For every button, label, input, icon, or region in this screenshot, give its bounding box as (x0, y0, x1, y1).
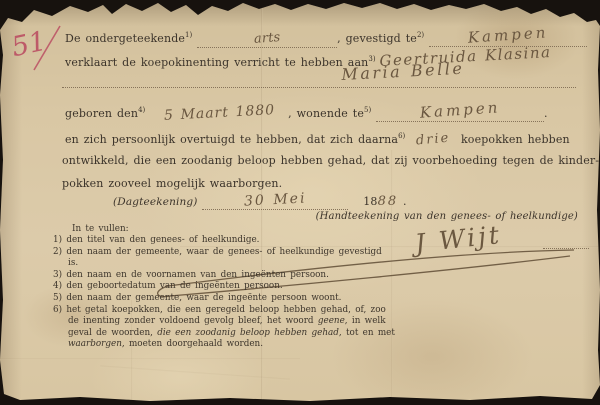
printed-text: verklaart de koepokinenting verricht te … (65, 56, 368, 69)
printed-text: , wonende te (288, 107, 364, 120)
printed-text: , moeten doorgehaald worden. (122, 339, 263, 349)
footnote-ref-6: 6) (398, 132, 405, 140)
footnote-ref-1: 1) (185, 31, 192, 39)
form-line-name-continued: Maria Belle (342, 66, 465, 84)
printed-text: en zich persoonlijk overtuigd te hebben,… (65, 133, 398, 146)
printed-text: ontwikkeld, die een zoodanig beloop hebb… (62, 154, 599, 167)
residence-entry-slot: Kampen (376, 104, 544, 122)
form-line-continuation: ontwikkeld, die een zoodanig beloop hebb… (62, 155, 599, 168)
scanned-document-page: { "colors": { "paper": "#d9c7a4", "print… (0, 0, 600, 405)
footnote-ref-3: 3) (368, 55, 375, 63)
footnote-item-5: 5) den naam der gemeente, waar de ingeën… (42, 293, 396, 305)
handwritten-birthdate: 5 Maart 1880 (163, 102, 275, 124)
footnote-item-2: 2) den naam der gemeente, waar de genees… (42, 247, 396, 270)
handwritten-residence: Kampen (419, 99, 501, 122)
printed-text: , tot en met (339, 328, 395, 338)
date-entry-slot: 30 Mei (202, 193, 348, 210)
fold-crease-horizontal-bottom (0, 358, 300, 360)
footnote-ref-2: 2) (417, 31, 424, 39)
aged-paper-sheet: 51 De ondergeteekende1) arts, gevestigd … (0, 0, 600, 405)
pock-count-entry-slot: drie (410, 133, 456, 148)
printed-text-italic: die een zoodanig beloop hebben gehad (157, 328, 339, 338)
footnote-item-1: 1) den titel van den genees- of heelkund… (42, 235, 396, 247)
footnotes-list: 1) den titel van den genees- of heelkund… (42, 235, 396, 351)
birthdate-entry-slot: 5 Maart 1880 (150, 105, 288, 121)
footnote-ref-4: 4) (138, 106, 145, 114)
footnote-item-4: 4) den geboortedatum van de ingeënten pe… (42, 281, 396, 293)
printed-century: 18 (363, 195, 377, 208)
form-line-declaration: verklaart de koepokinenting verricht te … (65, 53, 553, 70)
printed-text: (Handteekening van den genees- of heelku… (316, 211, 578, 222)
printed-text: koepokken hebben (461, 133, 570, 146)
printed-text: , gevestigd te (337, 32, 417, 45)
footnote-ref-5: 5) (364, 106, 371, 114)
footnote-item-6: 6) het getal koepokken, die een geregeld… (42, 305, 396, 351)
footnotes-heading: In te vullen: (72, 224, 129, 236)
signature-caption: (Handteekening van den genees- of heelku… (316, 211, 578, 223)
handwritten-patient-name-continued: Maria Belle (341, 60, 465, 85)
handwritten-year: 88 (378, 195, 399, 210)
printed-text-italic: geene (318, 316, 345, 326)
fold-crease-diagonal-bottom-left (100, 365, 290, 380)
fill-in-rule (62, 86, 576, 88)
printed-text: . (544, 107, 548, 120)
footnote-item-3: 3) den naam en de voornamen van den inge… (42, 270, 396, 282)
handwritten-day-month: 30 Mei (244, 190, 307, 209)
printed-text: geboren den (65, 107, 138, 120)
title-entry-slot: arts (197, 32, 337, 48)
handwritten-practitioner-title: arts (253, 31, 280, 48)
form-line-date: (Dagteekening) 30 Mei 1888 . (113, 193, 407, 210)
printed-text-italic: waarborgen (68, 339, 122, 349)
printed-text: . (403, 195, 407, 208)
form-line-closing: pokken zooveel mogelijk waarborgen. (62, 178, 282, 191)
date-label: (Dagteekening) (113, 196, 198, 208)
printed-text: pokken zooveel mogelijk waarborgen. (62, 177, 282, 190)
handwritten-pock-count: drie (415, 132, 451, 150)
form-line-pocks: en zich persoonlijk overtuigd te hebben,… (65, 132, 570, 148)
printed-text: De ondergeteekende (65, 32, 185, 45)
printed-text: In te vullen: (72, 224, 129, 234)
registry-number: 51 (9, 26, 49, 63)
form-line-birth: geboren den4) 5 Maart 1880, wonende te5)… (65, 104, 548, 122)
